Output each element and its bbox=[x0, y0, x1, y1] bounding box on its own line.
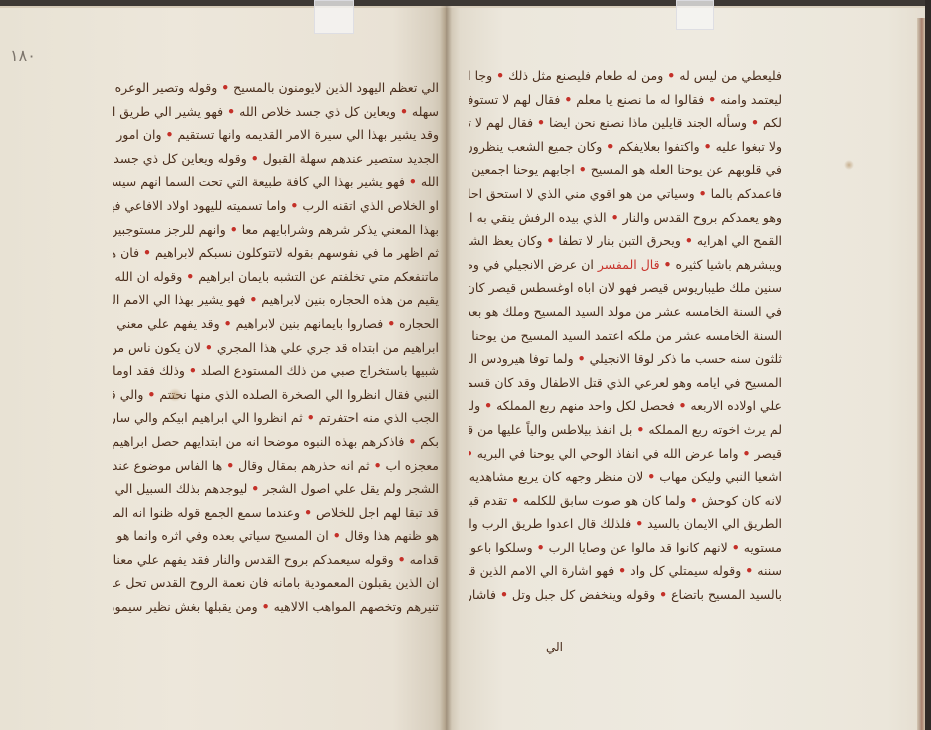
red-dot-separator: • bbox=[333, 528, 341, 543]
red-dot-separator: • bbox=[537, 115, 545, 130]
manuscript-line: ويبشرهم باشيا كثيره • قال المفسر ان عرض … bbox=[469, 253, 782, 277]
red-dot-separator: • bbox=[636, 422, 644, 437]
manuscript-line: ابراهيم من ابتداه قد جري علي هذا المجري … bbox=[113, 336, 439, 360]
manuscript-line: الحجاره • فصاروا بايمانهم بنين لابراهيم … bbox=[113, 312, 439, 336]
manuscript-line: وقد يشير بهذا الي سيرة الامر القديمه وان… bbox=[113, 123, 439, 147]
manuscript-line: قد تبقا لهم اجل للخلاص • وعندما سمع الجم… bbox=[113, 501, 439, 525]
red-dot-separator: • bbox=[249, 292, 257, 307]
red-dot-separator: • bbox=[678, 398, 686, 413]
red-dot-separator: • bbox=[579, 162, 587, 177]
right-page: فليعطي من ليس له • ومن له طعام فليصنع مث… bbox=[446, 6, 925, 730]
manuscript-line: معجزه اب • ثم انه حذرهم بمقال وقال • ها … bbox=[113, 454, 439, 478]
manuscript-spread: ١٨٠ الي تعظم اليهود الذين لايومنون بالمس… bbox=[0, 0, 931, 730]
manuscript-line: بهذا المعني يذكر شرهم وشرابايهم معا • وا… bbox=[113, 218, 439, 242]
manuscript-line: علي اولاده الاربعه • فحصل لكل واحد منهم … bbox=[469, 394, 782, 418]
manuscript-line: يقيم من هذه الحجاره بنين لابراهيم • فهو … bbox=[113, 288, 439, 312]
manuscript-line: سنين ملك طيباريوس قيصر فهو لان اباه اوغس… bbox=[469, 276, 782, 300]
red-dot-separator: • bbox=[398, 552, 406, 567]
red-dot-separator: • bbox=[262, 599, 270, 614]
manuscript-line: ان الذين يقبلون المعمودية بامانه فان نعم… bbox=[113, 571, 439, 595]
red-dot-separator: • bbox=[226, 458, 234, 473]
manuscript-line: ثم اظهر ما في نفوسهم بقوله لاتتوكلون نسب… bbox=[113, 241, 439, 265]
red-dot-separator: • bbox=[307, 410, 315, 425]
manuscript-line: السنة الخامسه عشر من ملكه اعتمد السيد ال… bbox=[469, 324, 782, 348]
manuscript-line: مستويه • لانهم كانوا قد مالوا عن وصايا ا… bbox=[469, 536, 782, 560]
red-dot-separator: • bbox=[224, 316, 232, 331]
left-page-text: الي تعظم اليهود الذين لايومنون بالمسيح •… bbox=[113, 76, 439, 619]
manuscript-line: بكم • فاذكرهم بهذه النبوه موضحا انه من ا… bbox=[113, 430, 439, 454]
fore-edge bbox=[917, 18, 925, 730]
rubric-heading: قال المفسر bbox=[598, 257, 660, 272]
red-dot-separator: • bbox=[635, 516, 643, 531]
manuscript-line: تنيرهم وتخصهم المواهب الالاهيه • ومن يقب… bbox=[113, 595, 439, 619]
red-dot-separator: • bbox=[143, 245, 151, 260]
red-dot-separator: • bbox=[704, 139, 712, 154]
red-dot-separator: • bbox=[500, 587, 508, 602]
manuscript-line: سهله • ويعاين كل ذي جسد خلاص الله • فهو … bbox=[113, 100, 439, 124]
red-dot-separator: • bbox=[564, 92, 572, 107]
red-dot-separator: • bbox=[304, 505, 312, 520]
manuscript-line: اشعيا النبي وليكن مهاب • لان منظر وجهه ك… bbox=[469, 465, 782, 489]
manuscript-line: ليعتمد وامنه • فقالوا له ما نصنع يا معلم… bbox=[469, 88, 782, 112]
manuscript-line: الي تعظم اليهود الذين لايومنون بالمسيح •… bbox=[113, 76, 439, 100]
folio-number: ١٨٠ bbox=[10, 46, 36, 65]
red-dot-separator: • bbox=[409, 174, 417, 189]
red-dot-separator: • bbox=[227, 104, 235, 119]
manuscript-line: الجديد ستصير عندهم سهلة القبول • وقوله و… bbox=[113, 147, 439, 171]
red-dot-separator: • bbox=[469, 446, 473, 461]
red-dot-separator: • bbox=[685, 233, 693, 248]
red-dot-separator: • bbox=[496, 68, 504, 83]
page-edge-shadow bbox=[925, 0, 931, 730]
manuscript-line: لم يرث اخوته ربع المملكه • بل انفذ بيلاط… bbox=[469, 418, 782, 442]
manuscript-line: في قلوبهم عن يوحنا العله هو المسيح • اجا… bbox=[469, 158, 782, 182]
binding-gutter bbox=[440, 6, 452, 730]
manuscript-line: الشجر ولم يقل علي اصول الشجر • ليوجدهم ب… bbox=[113, 477, 439, 501]
red-dot-separator: • bbox=[230, 222, 238, 237]
right-page-text: فليعطي من ليس له • ومن له طعام فليصنع مث… bbox=[469, 64, 782, 607]
red-dot-separator: • bbox=[578, 351, 586, 366]
red-dot-separator: • bbox=[699, 186, 707, 201]
manuscript-line: قدامه • وقوله سيعمدكم بروح القدس والنار … bbox=[113, 548, 439, 572]
manuscript-line: قيصر • واما عرض الله في انفاذ الوحي الي … bbox=[469, 442, 782, 466]
red-dot-separator: • bbox=[611, 210, 619, 225]
manuscript-line: سننه • وقوله سيمتلي كل واد • فهو اشارة ا… bbox=[469, 559, 782, 583]
red-dot-separator: • bbox=[166, 127, 174, 142]
manuscript-line: المسيح في ايامه وهو لعرعي الذي قتل الاطف… bbox=[469, 371, 782, 395]
manuscript-line: ولا تبغوا عليه • واكتفوا بعلايفكم • وكان… bbox=[469, 135, 782, 159]
red-dot-separator: • bbox=[484, 398, 492, 413]
manuscript-line: فليعطي من ليس له • ومن له طعام فليصنع مث… bbox=[469, 64, 782, 88]
red-dot-separator: • bbox=[546, 233, 554, 248]
tape-strip bbox=[676, 0, 714, 30]
red-dot-separator: • bbox=[511, 493, 519, 508]
manuscript-line: ثلثون سنه حسب ما ذكر لوقا الانجيلي • ولم… bbox=[469, 347, 782, 371]
red-dot-separator: • bbox=[205, 340, 213, 355]
manuscript-line: او الخلاص الذي اتقنه الرب • واما تسميته … bbox=[113, 194, 439, 218]
tape-strip bbox=[314, 0, 354, 34]
red-dot-separator: • bbox=[745, 563, 753, 578]
manuscript-line: لكم • وسأله الجند قايلين ماذا نصنع نحن ا… bbox=[469, 111, 782, 135]
manuscript-line: ماتنفعكم متي تخلفتم عن التشبه بايمان ابر… bbox=[113, 265, 439, 289]
manuscript-line: الله • فهو يشير بهذا الي كافة طبيعة التي… bbox=[113, 170, 439, 194]
manuscript-line: الطريق الي الايمان بالسيد • فلذلك قال اع… bbox=[469, 512, 782, 536]
left-page: ١٨٠ الي تعظم اليهود الذين لايومنون بالمس… bbox=[0, 6, 446, 730]
red-dot-separator: • bbox=[537, 540, 545, 555]
red-dot-separator: • bbox=[751, 115, 759, 130]
manuscript-line: شبيها باستخراج صبي من ذلك المستودع الصلد… bbox=[113, 359, 439, 383]
red-dot-separator: • bbox=[647, 469, 655, 484]
manuscript-line: بالسيد المسيح باتضاع • وقوله وينخفض كل ج… bbox=[469, 583, 782, 607]
red-dot-separator: • bbox=[659, 587, 667, 602]
red-dot-separator: • bbox=[708, 92, 716, 107]
catchword: الي bbox=[546, 640, 563, 654]
manuscript-line: في السنة الخامسه عشر من مولد السيد المسي… bbox=[469, 300, 782, 324]
red-dot-separator: • bbox=[147, 387, 155, 402]
manuscript-line: وهو يعمدكم بروح القدس والنار • الذي بيده… bbox=[469, 206, 782, 230]
red-dot-separator: • bbox=[743, 446, 751, 461]
manuscript-line: هو ظنهم هذا وقال • ان المسيح سياتي بعده … bbox=[113, 524, 439, 548]
red-dot-separator: • bbox=[186, 269, 194, 284]
red-dot-separator: • bbox=[189, 363, 197, 378]
red-dot-separator: • bbox=[408, 434, 416, 449]
red-dot-separator: • bbox=[374, 458, 382, 473]
red-dot-separator: • bbox=[606, 139, 614, 154]
red-dot-separator: • bbox=[251, 151, 259, 166]
manuscript-line: لانه كان كوحش • ولما كان هو صوت سابق للك… bbox=[469, 489, 782, 513]
red-dot-separator: • bbox=[290, 198, 298, 213]
red-dot-separator: • bbox=[400, 104, 408, 119]
red-dot-separator: • bbox=[664, 257, 672, 272]
stain bbox=[844, 160, 854, 170]
red-dot-separator: • bbox=[690, 493, 698, 508]
manuscript-line: القمح الي اهرايه • ويحرق التبن بنار لا ت… bbox=[469, 229, 782, 253]
manuscript-line: الجب الذي منه احتفرتم • ثم انظروا الي اب… bbox=[113, 406, 439, 430]
red-dot-separator: • bbox=[667, 68, 675, 83]
red-dot-separator: • bbox=[387, 316, 395, 331]
manuscript-line: فاعمدكم بالما • وسياتي من هو اقوي مني ال… bbox=[469, 182, 782, 206]
red-dot-separator: • bbox=[251, 481, 259, 496]
red-dot-separator: • bbox=[221, 80, 229, 95]
stain bbox=[168, 388, 182, 402]
red-dot-separator: • bbox=[732, 540, 740, 555]
red-dot-separator: • bbox=[618, 563, 626, 578]
manuscript-line: النبي فقال انظروا الي الصخرة الصلده الذي… bbox=[113, 383, 439, 407]
